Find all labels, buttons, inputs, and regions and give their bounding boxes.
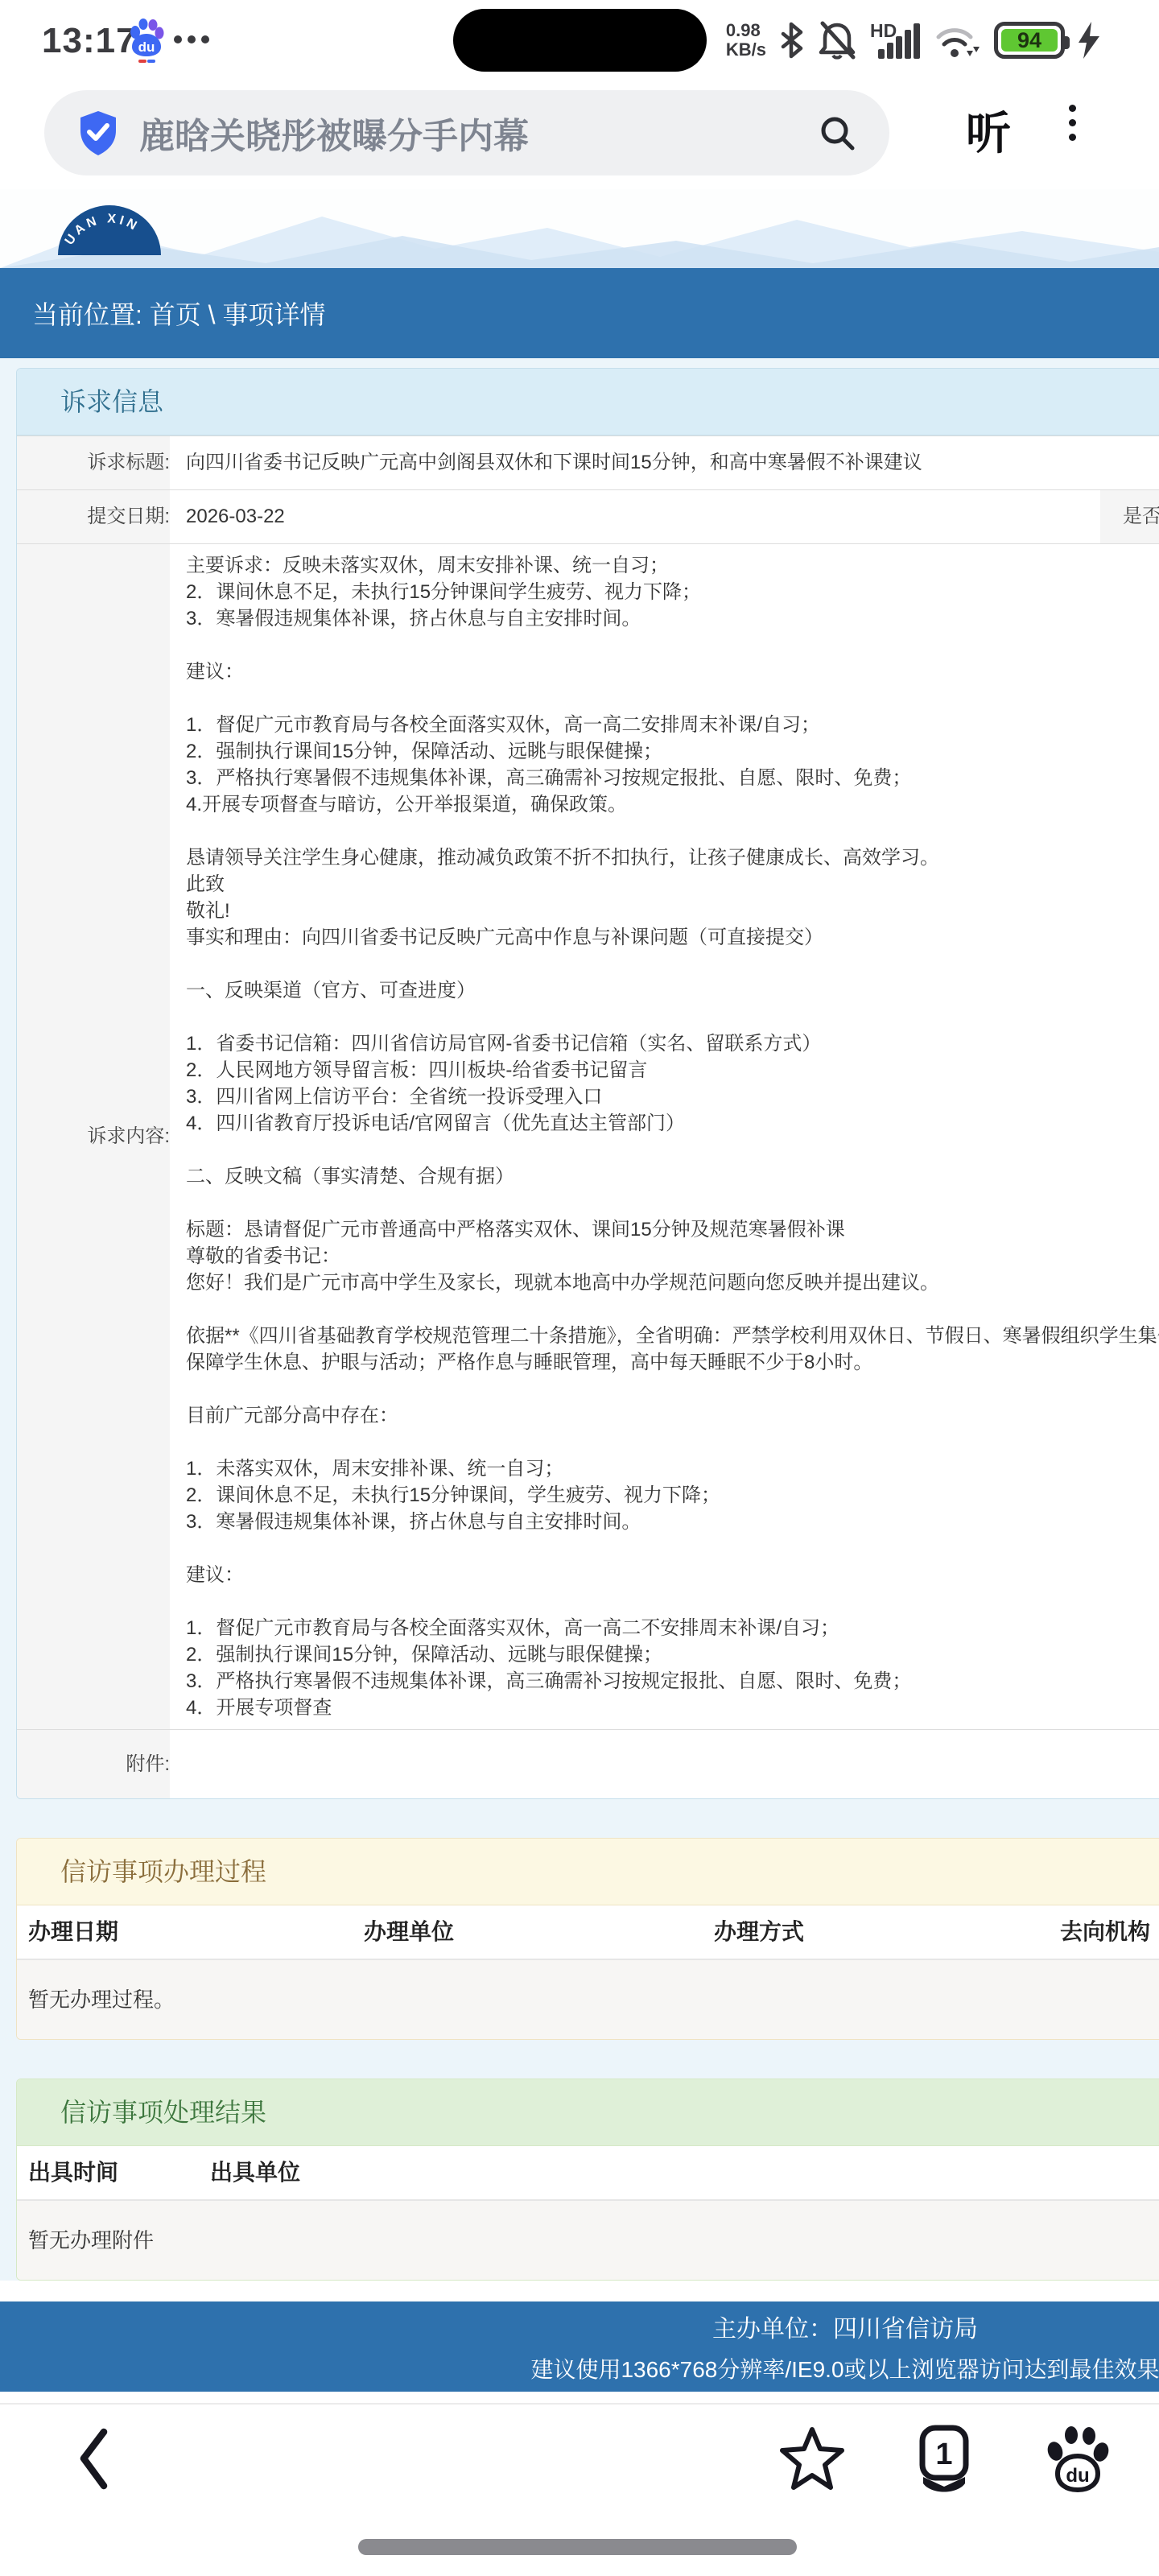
listen-button[interactable]: 听 <box>966 98 1011 163</box>
col-process-destination: 去向机构 <box>1060 1918 1159 1946</box>
content-area: 诉求信息 诉求标题: 向四川省委书记反映广元高中剑阁县双休和下课时间15分钟，和… <box>0 358 1159 2281</box>
col-process-method: 办理方式 <box>714 1918 1060 1946</box>
breadcrumb-text[interactable]: 当前位置: 首页 \ 事项详情 <box>32 295 325 332</box>
request-title-label: 诉求标题: <box>17 436 170 489</box>
site-footer: 主办单位：四川省信访局 建议使用1366*768分辨率/IE9.0或以上浏览器访… <box>0 2301 1159 2392</box>
table-row: 诉求内容: 主要诉求：反映未落实双休，周末安排补课、统一自习； 2．课间休息不足… <box>17 543 1159 1729</box>
result-panel: 信访事项处理结果 出具时间 出具单位 暂无办理附件 <box>16 2079 1159 2281</box>
footer-organizer: 主办单位：四川省信访局 <box>712 2309 978 2344</box>
browser-search-bar: 鹿晗关晓彤被曝分手内幕 听 <box>0 80 1159 189</box>
safety-shield-icon <box>76 109 120 157</box>
col-process-unit: 办理单位 <box>364 1918 714 1946</box>
col-process-date: 办理日期 <box>28 1918 364 1946</box>
submit-date-value: 2026-03-22 <box>170 490 1100 543</box>
table-row: 附件: <box>17 1729 1159 1798</box>
tabs-count-icon[interactable]: 1 <box>915 2424 973 2500</box>
search-icon[interactable] <box>819 114 857 153</box>
is-public-label: 是否公开 <box>1100 490 1159 543</box>
charging-bolt-icon <box>1077 21 1101 60</box>
svg-text:du: du <box>138 39 155 55</box>
request-info-panel: 诉求信息 诉求标题: 向四川省委书记反映广元高中剑阁县双休和下课时间15分钟，和… <box>16 368 1159 1799</box>
search-query-text: 鹿晗关晓彤被曝分手内幕 <box>139 107 529 159</box>
table-row: 提交日期: 2026-03-22 是否公开 <box>17 489 1159 543</box>
browser-bottom-toolbar: 1 du <box>0 2403 1159 2576</box>
attachment-value <box>170 1730 1159 1798</box>
banner-mountains-image <box>0 189 1159 268</box>
back-icon[interactable] <box>76 2427 110 2491</box>
process-table-header: 办理日期 办理单位 办理方式 去向机构 <box>17 1905 1159 1960</box>
status-bar: 13:17 du 0.98 KB/s HD <box>0 0 1159 80</box>
result-empty-text: 暂无办理附件 <box>17 2201 1159 2280</box>
result-table-header: 出具时间 出具单位 <box>17 2146 1159 2201</box>
attachment-label: 附件: <box>17 1730 170 1798</box>
battery-indicator: 94 <box>994 22 1065 59</box>
footer-browser-tip: 建议使用1366*768分辨率/IE9.0或以上浏览器访问达到最佳效果 <box>530 2352 1159 2384</box>
status-more-dots-icon <box>174 35 209 43</box>
result-panel-header: 信访事项处理结果 <box>17 2079 1159 2146</box>
camera-notch <box>453 9 707 72</box>
request-title-value: 向四川省委书记反映广元高中剑阁县双休和下课时间15分钟，和高中寒暑假不补课建议 <box>170 436 1159 489</box>
breadcrumb: 当前位置: 首页 \ 事项详情 <box>0 268 1159 358</box>
request-info-header: 诉求信息 <box>17 369 1159 436</box>
wifi-icon <box>932 20 982 60</box>
home-indicator-bar[interactable] <box>358 2539 797 2555</box>
process-panel: 信访事项办理过程 办理日期 办理单位 办理方式 去向机构 暂无办理过程。 <box>16 1838 1159 2040</box>
cellular-signal-icon: HD <box>870 20 920 60</box>
table-row: 诉求标题: 向四川省委书记反映广元高中剑阁县双休和下课时间15分钟，和高中寒暑假… <box>17 436 1159 489</box>
baidu-app-icon: du <box>129 18 164 63</box>
baidu-home-icon[interactable]: du <box>1045 2424 1111 2495</box>
network-speed: 0.98 KB/s <box>726 21 766 60</box>
gov-seal-logo: UAN XIN <box>56 204 163 255</box>
browser-menu-icon[interactable] <box>1069 105 1076 141</box>
request-content-text: 主要诉求：反映未落实双休，周末安排补课、统一自习； 2．课间休息不足，未执行15… <box>170 544 1159 1729</box>
favorite-star-icon[interactable] <box>779 2425 845 2491</box>
tab-count-badge: 1 <box>935 2438 952 2471</box>
col-result-time: 出具时间 <box>28 2159 210 2186</box>
webpage-content: 当前位置: 首页 \ 事项详情 诉求信息 诉求标题: 向四川省委书记反映广元高中… <box>0 268 1159 2424</box>
mute-bell-icon <box>816 20 858 60</box>
search-input[interactable]: 鹿晗关晓彤被曝分手内幕 <box>44 90 889 175</box>
bluetooth-icon <box>778 21 804 60</box>
request-content-label: 诉求内容: <box>17 544 170 1729</box>
process-panel-header: 信访事项办理过程 <box>17 1839 1159 1905</box>
svg-text:du: du <box>1066 2465 1089 2487</box>
site-banner: UAN XIN <box>0 189 1159 268</box>
clock-time: 13:17 <box>42 21 137 61</box>
submit-date-label: 提交日期: <box>17 490 170 543</box>
col-result-unit: 出具单位 <box>210 2159 1159 2186</box>
process-empty-text: 暂无办理过程。 <box>17 1960 1159 2039</box>
